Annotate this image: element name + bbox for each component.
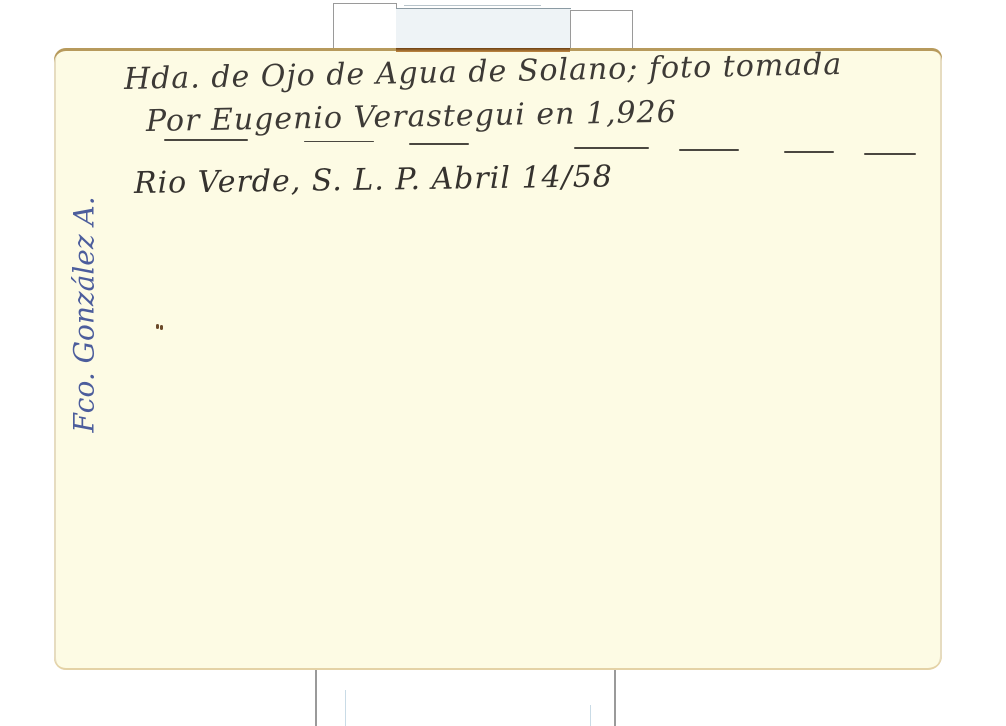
handwriting-line-2: Por Eugenio Verastegui en 1,926	[146, 95, 677, 139]
margin-signature: Fco. González A.	[68, 135, 101, 495]
underline-dash	[304, 141, 374, 142]
stand-reflection	[590, 705, 591, 726]
scanner-clip-slot	[396, 8, 571, 48]
top-edge-stain	[396, 48, 570, 52]
photo-back-card: Hda. de Ojo de Agua de Solano; foto toma…	[54, 48, 942, 670]
underline-dash	[784, 151, 834, 153]
underline-dash	[164, 139, 248, 141]
underline-dash	[409, 143, 469, 145]
scanner-clip-left-tab	[333, 3, 397, 49]
underline-dash	[864, 153, 916, 155]
handwriting-line-3: Rio Verde, S. L. P. Abril 14/58	[134, 159, 613, 201]
scanner-clip-right-tab	[570, 10, 633, 49]
scanner-stand-right	[614, 670, 616, 726]
scanner-stand-left	[315, 670, 317, 726]
underline-dash	[679, 149, 739, 151]
ink-specks	[156, 324, 164, 330]
stand-reflection	[345, 690, 346, 726]
underline-dash	[574, 147, 649, 149]
handwriting-line-1: Hda. de Ojo de Agua de Solano; foto toma…	[124, 47, 843, 97]
